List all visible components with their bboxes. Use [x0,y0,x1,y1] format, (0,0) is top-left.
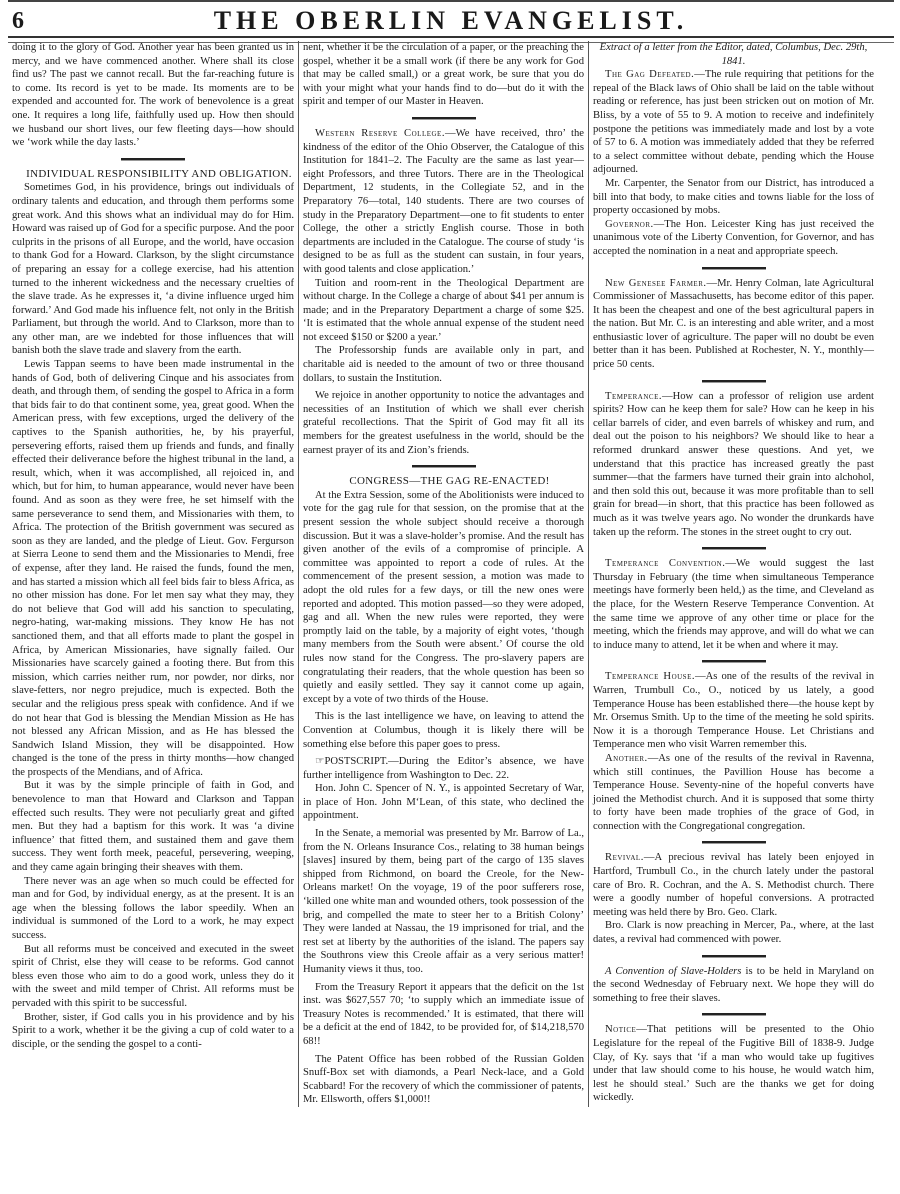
column-2: nent, whether it be the circulation of a… [298,41,588,1107]
paragraph-text: nent, whether it be the circulation of a… [303,42,584,107]
section-divider [702,1013,766,1016]
section-divider [702,547,766,550]
letter-extract-heading: Extract of a letter from the Editor, dat… [593,41,874,68]
article-paragraph: Notice—That petitions will be presented … [593,1023,874,1105]
section-divider [702,380,766,383]
article-paragraph: From the Treasury Report it appears that… [303,981,584,1049]
paragraph-text: Tuition and room-rent in the Theological… [303,278,584,343]
article-paragraph: Brother, sister, if God calls you in his… [12,1011,294,1052]
article-paragraph: Temperance House.—As one of the results … [593,670,874,752]
paragraph-text: At the Extra Session, some of the Abolit… [303,490,584,705]
article-paragraph: In the Senate, a memorial was presented … [303,827,584,977]
article-paragraph: Governor.—The Hon. Leicester King has ju… [593,218,874,259]
section-divider [702,267,766,270]
article-paragraph: Another.—As one of the results of the re… [593,752,874,834]
paragraph-text: We rejoice in another opportunity to not… [303,390,584,455]
article-paragraph: New Genesee Farmer.—Mr. Henry Colman, la… [593,277,874,372]
paragraph-text: —As one of the results of the revival in… [593,671,874,750]
paragraph-text: —Mr. Henry Colman, late Agricultural Com… [593,278,874,371]
paragraph-text: The Professorship funds are available on… [303,345,584,383]
newspaper-title: THE OBERLIN EVANGELIST. [8,6,894,36]
article-paragraph: Western Reserve College.—We have receive… [303,127,584,277]
paragraph-text: From the Treasury Report it appears that… [303,982,584,1047]
article-paragraph: There never was an age when so much coul… [12,875,294,943]
article-lead-title: Revival. [605,852,644,863]
article-headline: INDIVIDUAL RESPONSIBILITY AND OBLIGATION… [12,168,294,182]
column-3: Extract of a letter from the Editor, dat… [588,41,878,1107]
paragraph-text: doing it to the glory of God. Another ye… [12,42,294,148]
paragraph-text: Brother, sister, if God calls you in his… [12,1012,294,1050]
article-paragraph: Temperance.—How can a professor of relig… [593,390,874,540]
article-columns: doing it to the glory of God. Another ye… [8,41,894,1107]
article-paragraph: Hon. John C. Spencer of N. Y., is appoin… [303,782,584,823]
paragraph-text: —That petitions will be presented to the… [593,1024,874,1103]
article-paragraph: The Gag Defeated.—The rule requiring tha… [593,68,874,177]
article-paragraph: Lewis Tappan seems to have been made ins… [12,358,294,779]
article-lead-title: A Convention of Slave-Holders [605,966,741,977]
article-paragraph: The Patent Office has been robbed of the… [303,1053,584,1107]
article-paragraph: Mr. Carpenter, the Senator from our Dist… [593,177,874,218]
article-paragraph: But all reforms must be conceived and ex… [12,943,294,1011]
article-paragraph: But it was by the simple principle of fa… [12,779,294,874]
article-paragraph: This is the last intelligence we have, o… [303,710,584,751]
paragraph-text: Mr. Carpenter, the Senator from our Dist… [593,178,874,216]
paragraph-text: But it was by the simple principle of fa… [12,780,294,873]
section-divider [412,465,476,468]
article-headline: CONGRESS—THE GAG RE-ENACTED! [303,475,584,489]
paragraph-text: Sometimes God, in his providence, brings… [12,182,294,356]
section-divider [702,660,766,663]
paragraph-text: —How can a professor of religion use ard… [593,391,874,538]
column-1: doing it to the glory of God. Another ye… [8,41,298,1107]
paragraph-text: —The rule requiring that petitions for t… [593,69,874,175]
article-paragraph: Sometimes God, in his providence, brings… [12,181,294,358]
article-lead-title: Temperance. [605,391,662,402]
article-paragraph: nent, whether it be the circulation of a… [303,41,584,109]
article-lead-title: Governor. [605,219,654,230]
article-lead-title: Temperance Convention. [605,558,725,569]
paragraph-text: Hon. John C. Spencer of N. Y., is appoin… [303,783,584,821]
paragraph-text: The Patent Office has been robbed of the… [303,1054,584,1106]
article-lead-title: New Genesee Farmer. [605,278,707,289]
article-lead-title: Notice [605,1024,636,1035]
paragraph-text: This is the last intelligence we have, o… [303,711,584,749]
paragraph-text: —We have received, thro’ the kindness of… [303,128,584,275]
masthead: 6 THE OBERLIN EVANGELIST. [8,0,894,36]
article-lead-title: Western Reserve College. [315,128,445,139]
article-paragraph: At the Extra Session, some of the Abolit… [303,489,584,707]
section-divider [412,117,476,120]
paragraph-text: Bro. Clark is now preaching in Mercer, P… [593,920,874,945]
pointing-hand-icon: ☞ [315,756,325,767]
article-paragraph: A Convention of Slave-Holders is to be h… [593,965,874,1006]
article-paragraph: doing it to the glory of God. Another ye… [12,41,294,150]
paragraph-text: In the Senate, a memorial was presented … [303,828,584,975]
article-paragraph: Bro. Clark is now preaching in Mercer, P… [593,919,874,946]
article-paragraph: Tuition and room-rent in the Theological… [303,277,584,345]
paragraph-text: —As one of the results of the revival in… [593,753,874,832]
paragraph-text: —We would suggest the last Thursday in F… [593,558,874,651]
article-paragraph: The Professorship funds are available on… [303,344,584,385]
paragraph-text: Lewis Tappan seems to have been made ins… [12,359,294,778]
section-divider [121,158,185,161]
article-paragraph: Temperance Convention.—We would suggest … [593,557,874,652]
section-divider [702,955,766,958]
paragraph-text: There never was an age when so much coul… [12,876,294,941]
article-lead-title: The Gag Defeated. [605,69,694,80]
article-paragraph: Revival.—A precious revival has lately b… [593,851,874,919]
paragraph-text: POSTSCRIPT.—During the Editor’s absence,… [303,756,584,781]
article-lead-title: Another. [605,753,648,764]
section-divider [702,841,766,844]
article-paragraph: We rejoice in another opportunity to not… [303,389,584,457]
article-lead-title: Temperance House. [605,671,695,682]
article-paragraph: ☞POSTSCRIPT.—During the Editor’s absence… [303,755,584,782]
newspaper-page: 6 THE OBERLIN EVANGELIST. doing it to th… [8,0,894,43]
paragraph-text: But all reforms must be conceived and ex… [12,944,294,1009]
